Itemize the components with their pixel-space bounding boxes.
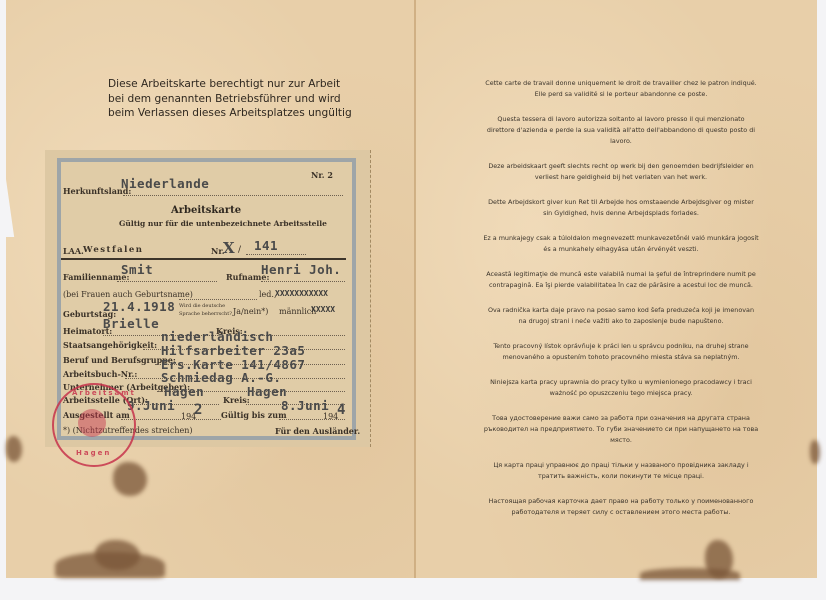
german-notice: Diese Arbeitskarte berechtigt nur zur Ar… [108, 77, 318, 121]
geburtstag-value: 21.4.1918 [103, 299, 175, 314]
beruf-value: Hilfsarbeiter 23a5 [161, 343, 305, 358]
stamp-emblem [78, 409, 106, 437]
office-stamp: Arbeitsamt Hagen [52, 383, 136, 467]
notice-hr: Ova radnička karta daje pravo na posao s… [483, 305, 759, 327]
notice-ro: Această legitimaţie de muncă este valabi… [483, 269, 759, 291]
familienname-value: Smit [121, 262, 153, 277]
card-subtitle: Gültig nur für die untenbezeichnete Arbe… [119, 219, 327, 228]
notice-ru: Настоящая рабочая карточка дает право на… [483, 496, 759, 518]
stamp-text-bottom: Hagen [76, 449, 111, 457]
status-label: led., [259, 290, 277, 299]
page-fold [414, 0, 416, 578]
gueltig-year-prefix: 194 [323, 412, 338, 421]
notice-line: bei dem genannten Betriebsführer und wir… [108, 92, 318, 107]
number-series: X [223, 239, 235, 257]
sprache-label-2: Sprache beherrscht? [179, 311, 232, 317]
notice-fr: Cette carte de travail donne uniquement … [483, 78, 759, 100]
notice-uk: Ця карта праці управнює до праці тільки … [483, 460, 759, 482]
stain [705, 540, 733, 578]
notice-hu: Ez a munkajegy csak a túloldalon megneve… [483, 233, 759, 255]
stamp-text-top: Arbeitsamt [72, 389, 136, 397]
geburtsname-label: (bei Frauen auch Geburtsname) [63, 290, 193, 299]
notice-line: beim Verlassen dieses Arbeitsplatzes ung… [108, 106, 318, 121]
sprache-label: Wird die deutsche [179, 303, 225, 309]
stain [95, 540, 140, 570]
geschlecht-struck: XXXXX [311, 305, 335, 314]
gueltig-year-suffix: 4 [337, 402, 346, 418]
stain [6, 436, 22, 462]
notice-sk: Tento pracovný lístok oprávňuje k práci … [483, 341, 759, 363]
stain [810, 440, 820, 464]
gueltig-value: 8.Juni [281, 398, 329, 413]
rufname-value: Henri Joh. [261, 262, 341, 277]
kreis2-value: Hagen [247, 384, 287, 399]
card-number: Nr. 2 [311, 170, 333, 180]
laa-value: Westfalen [83, 245, 143, 255]
unternehmer-value: Schmiedag A.-G. [161, 370, 281, 385]
herkunftsland-value: Niederlande [121, 176, 209, 191]
notice-pl: Niniejsza karta pracy uprawnia do pracy … [483, 377, 759, 399]
fuer-den-auslaender: Für den Ausländer. [275, 426, 360, 436]
notice-line: Diese Arbeitskarte berechtigt nur zur Ar… [108, 77, 318, 92]
number-value: 141 [254, 238, 278, 253]
notice-nl: Deze arbeidskaart geeft slechts recht op… [483, 161, 759, 183]
arbeitsstelle-value: Hagen [164, 384, 204, 399]
ausgestellt-value: 9.Juni [127, 398, 175, 413]
ausgestellt-year-suffix: 2 [194, 402, 203, 418]
staatsangehoerigkeit-value: niederländisch [161, 329, 273, 344]
multilingual-notices: Cette carte de travail donne uniquement … [483, 78, 759, 532]
notice-da: Dette Arbejdskort giver kun Ret til Arbe… [483, 197, 759, 219]
notice-it: Questa tessera di lavoro autorizza solta… [483, 114, 759, 147]
heimatort-value: Brielle [103, 316, 159, 331]
sprache-value: Ja/nein*) [233, 307, 268, 316]
card-title: Arbeitskarte [171, 205, 241, 216]
notice-bg: Това удостоверение важи само за работа п… [483, 413, 759, 446]
gueltig-label: Gültig bis zum [221, 410, 287, 420]
stain [113, 462, 147, 496]
status-struck: XXXXXXXXXXX [275, 289, 328, 298]
laa-label: LAA. [63, 246, 84, 256]
